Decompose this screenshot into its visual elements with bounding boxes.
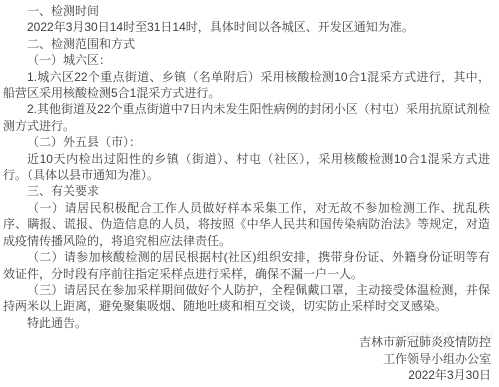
signature-date: 2022年3月30日 <box>359 367 491 384</box>
para-requirement-2: （二）请参加核酸检测的居民根据村(社区)组织安排，携带身份证、外籍身份证明等有效… <box>3 249 490 282</box>
para-testing-time-detail: 2022年3月30日14时至31日14时，具体时间以各城区、开发区通知为准。 <box>3 19 490 35</box>
para-urban-point-2: 2.其他街道及22个重点街道中7日内未发生阳性病例的封闭小区（村屯）采用抗原试剂… <box>3 101 490 134</box>
para-urban-point-1: 1.城六区22个重点街道、乡镇（名单附后）采用核酸检测10合1混采方式进行，其中… <box>3 69 490 102</box>
signature-org-line1: 吉林市新冠肺炎疫情防控 <box>359 334 491 351</box>
para-requirement-3: （三）请居民在参加采样期间做好个人防护，全程佩戴口罩，主动接受体温检测，并保持两… <box>3 282 490 315</box>
subheading-urban-six-districts: （一）城六区： <box>3 52 490 68</box>
para-closing-statement: 特此通告。 <box>3 315 490 331</box>
subheading-outer-five-counties: （二）外五县（市）： <box>3 134 490 150</box>
notice-document: 一、检测时间 2022年3月30日14时至31日14时，具体时间以各城区、开发区… <box>0 0 499 387</box>
heading-1-testing-time: 一、检测时间 <box>3 3 490 19</box>
heading-2-scope-method: 二、检测范围和方式 <box>3 36 490 52</box>
para-requirement-1: （一）请居民积极配合工作人员做好样本采集工作，对无故不参加检测工作、扰乱秩序、瞒… <box>3 200 490 249</box>
heading-3-requirements: 三、有关要求 <box>3 183 490 199</box>
signature-block: 吉林市新冠肺炎疫情防控 工作领导小组办公室 2022年3月30日 <box>359 334 491 384</box>
signature-org-line2: 工作领导小组办公室 <box>359 351 491 368</box>
para-outer-counties: 近10天内检出过阳性的乡镇（街道）、村屯（社区），采用核酸检测10合1混采方式进… <box>3 151 490 184</box>
